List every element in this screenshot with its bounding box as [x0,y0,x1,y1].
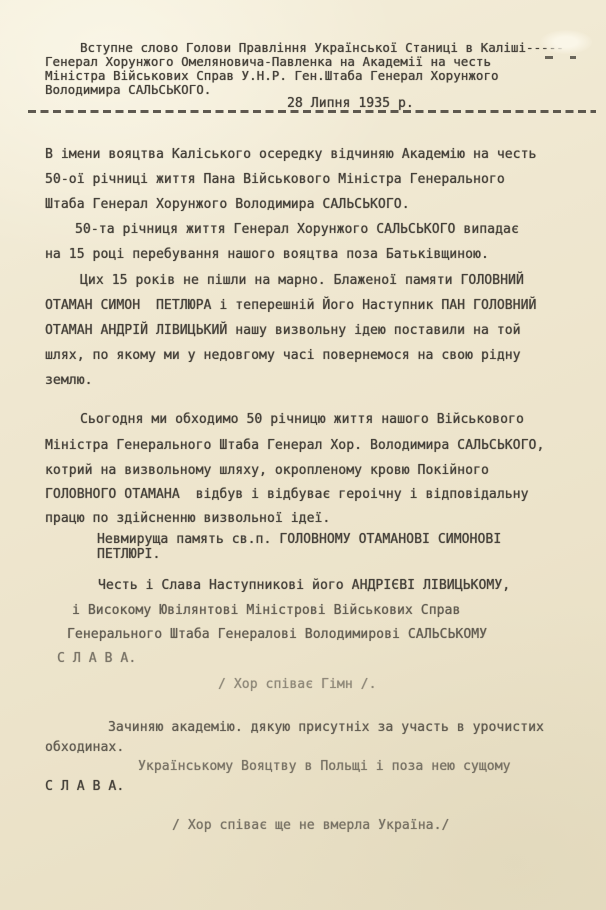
whiteout-spot [540,30,592,54]
typed-line: Штаба Генерал Хорунжого Володимира САЛЬС… [45,197,410,212]
typed-line: Невмируща память св.п. ГОЛОВНОМУ ОТАМАНО… [97,532,501,547]
header-line: Генерал Хорунжого Омеляновича-Павленка н… [45,54,491,69]
typed-line: Міністра Генерального Штаба Генерал Хор.… [45,438,544,453]
header-line: Міністра Військових Справ У.Н.Р. Ген.Шта… [45,68,499,83]
typed-line: 50-ої річниці життя Пана Військового Мін… [45,172,505,187]
typed-line: 50-та річниця життя Генерал Хорунжого СА… [75,222,519,237]
typed-line: Генерального Штаба Генералові Володимиро… [67,627,487,642]
ink-smudge [545,56,553,59]
typed-line: ПЕТЛЮРІ. [97,547,160,562]
typed-line: і Високому Ювілянтові Міністрові Військо… [72,603,460,618]
typed-line: Українському Вояцтву в Польщі і поза нею… [138,759,511,774]
date-line: 28 Липня 1935 р. [287,96,414,111]
typed-line: Честь і Слава Наступникові його АНДРІЄВІ… [98,578,510,593]
typed-line: С Л А В А. [57,651,136,666]
typed-line: В імени вояцтва Каліського осередку відч… [45,147,536,162]
typed-line: ГОЛОВНОГО ОТАМАНА відбув і відбуває геро… [45,487,529,502]
typed-line: на 15 році перебування нашого вояцтва по… [45,247,489,262]
typed-line: ОТАМАН АНДРІЙ ЛІВИЦЬКИЙ нашу визвольну і… [45,323,521,338]
typed-line: землю. [45,373,93,388]
typed-line: обходинах. [45,740,124,755]
typed-line: працю по здійсненню визвольної ідеї. [45,511,330,526]
stage-direction-line: / Хор співає ще не вмерла Україна./ [172,818,449,833]
document-page: Вступне слово Голови Правління Українськ… [0,0,606,910]
typed-line: Сьогодня ми обходимо 50 річницю життя на… [80,412,524,427]
stage-direction-line: / Хор співає Гімн /. [218,677,377,692]
dashed-separator [28,110,596,113]
typed-line: Цих 15 років не пішли на марно. Блаженої… [80,273,524,288]
typed-line: ОТАМАН СИМОН ПЕТЛЮРА і теперешній Його Н… [45,298,536,313]
header-line: Вступне слово Голови Правління Українськ… [80,40,564,55]
typed-line: Зачиняю академію. дякую присутніх за уча… [108,720,544,735]
header-line: Володимира САЛЬСЬКОГО. [45,82,211,97]
ink-smudge [570,56,576,59]
typed-line: котрий на визвольному шляху, окропленому… [45,463,489,478]
typed-line: шлях, по якому ми у недовгому часі повер… [45,348,521,363]
typed-line: С Л А В А. [45,779,124,794]
